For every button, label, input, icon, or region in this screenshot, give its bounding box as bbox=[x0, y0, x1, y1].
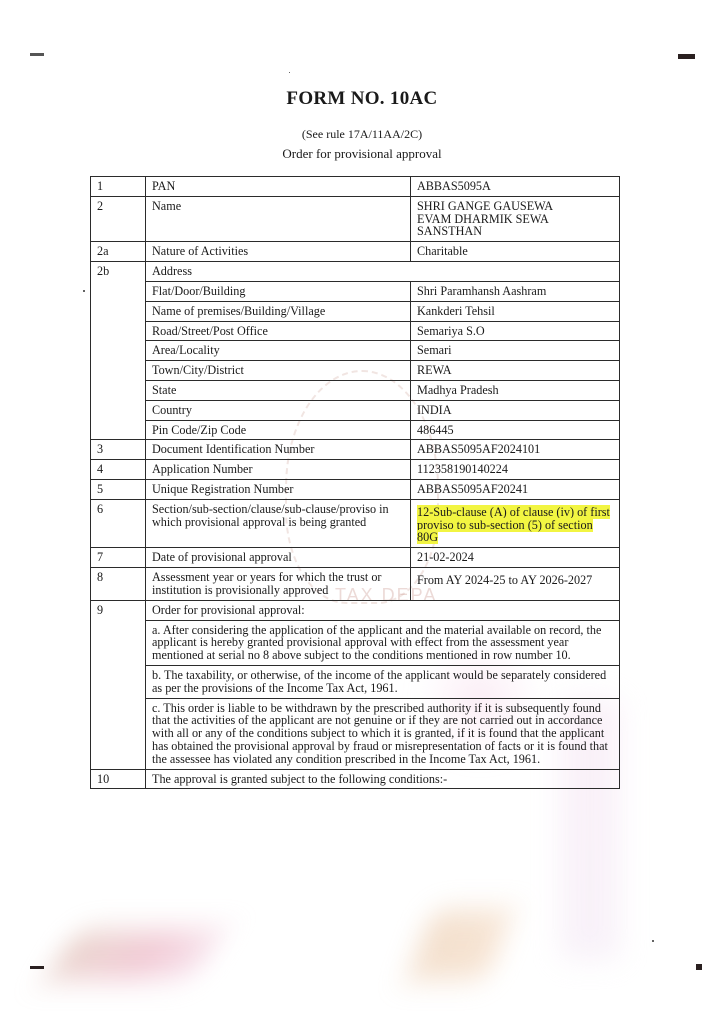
address-field: Name of premises/Building/Village Kankde… bbox=[91, 301, 620, 321]
urn-value: ABBAS5095AF20241 bbox=[411, 480, 620, 500]
row-number: 7 bbox=[91, 548, 146, 568]
address-field-value: Madhya Pradesh bbox=[411, 380, 620, 400]
address-field-label: Road/Street/Post Office bbox=[146, 321, 411, 341]
row-number: 1 bbox=[91, 177, 146, 197]
address-field-label: Name of premises/Building/Village bbox=[146, 301, 411, 321]
form-table: 1 PAN ABBAS5095A 2 Name SHRI GANGE GAUSE… bbox=[90, 176, 620, 789]
section-value: 12-Sub-clause (A) of clause (iv) of firs… bbox=[411, 499, 620, 547]
row-number: 6 bbox=[91, 499, 146, 547]
registration-mark-bottom-left bbox=[30, 966, 44, 969]
row-label: Unique Registration Number bbox=[146, 480, 411, 500]
row-label: The approval is granted subject to the f… bbox=[146, 769, 620, 789]
address-field: Flat/Door/Building Shri Paramhansh Aashr… bbox=[91, 281, 620, 301]
row-number: 8 bbox=[91, 568, 146, 601]
application-number-value: 112358190140224 bbox=[411, 460, 620, 480]
row-label: Address bbox=[146, 262, 620, 282]
row-conditions: 10 The approval is granted subject to th… bbox=[91, 769, 620, 789]
row-number: 2b bbox=[91, 262, 146, 440]
scan-stain bbox=[407, 910, 512, 980]
address-field: Town/City/District REWA bbox=[91, 361, 620, 381]
row-section: 6 Section/sub-section/clause/sub-clause/… bbox=[91, 499, 620, 547]
order-paragraph-b: b. The taxability, or otherwise, of the … bbox=[146, 665, 620, 698]
scan-speck bbox=[652, 940, 654, 942]
address-field-value: Semariya S.O bbox=[411, 321, 620, 341]
name-line: SANSTHAN bbox=[417, 225, 613, 238]
scan-speck bbox=[289, 72, 290, 73]
row-unique-registration-number: 5 Unique Registration Number ABBAS5095AF… bbox=[91, 480, 620, 500]
address-field-label: Town/City/District bbox=[146, 361, 411, 381]
address-field-label: State bbox=[146, 380, 411, 400]
scan-stain bbox=[46, 930, 225, 980]
row-pan: 1 PAN ABBAS5095A bbox=[91, 177, 620, 197]
row-order: 9 Order for provisional approval: bbox=[91, 600, 620, 620]
row-number: 10 bbox=[91, 769, 146, 789]
row-label: Document Identification Number bbox=[146, 440, 411, 460]
row-address: 2b Address bbox=[91, 262, 620, 282]
address-field: State Madhya Pradesh bbox=[91, 380, 620, 400]
row-label: Date of provisional approval bbox=[146, 548, 411, 568]
row-label: Assessment year or years for which the t… bbox=[146, 568, 411, 601]
form-rule-reference: (See rule 17A/11AA/2C) bbox=[0, 127, 724, 142]
row-number: 4 bbox=[91, 460, 146, 480]
row-application-number: 4 Application Number 112358190140224 bbox=[91, 460, 620, 480]
form-subtitle: Order for provisional approval bbox=[0, 146, 724, 162]
approval-date-value: 21-02-2024 bbox=[411, 548, 620, 568]
row-number: 5 bbox=[91, 480, 146, 500]
nature-value: Charitable bbox=[411, 242, 620, 262]
row-number: 3 bbox=[91, 440, 146, 460]
order-paragraph: a. After considering the application of … bbox=[91, 620, 620, 665]
row-label: PAN bbox=[146, 177, 411, 197]
name-value: SHRI GANGE GAUSEWA EVAM DHARMIK SEWA SAN… bbox=[411, 196, 620, 241]
registration-mark-top-left bbox=[30, 53, 44, 56]
assessment-years-value: From AY 2024-25 to AY 2026-2027 bbox=[411, 568, 620, 601]
address-field: Country INDIA bbox=[91, 400, 620, 420]
order-paragraph-a: a. After considering the application of … bbox=[146, 620, 620, 665]
row-label: Name bbox=[146, 196, 411, 241]
order-paragraph: c. This order is liable to be withdrawn … bbox=[91, 698, 620, 769]
address-field-value: 486445 bbox=[411, 420, 620, 440]
address-field-value: REWA bbox=[411, 361, 620, 381]
row-label: Application Number bbox=[146, 460, 411, 480]
row-number: 9 bbox=[91, 600, 146, 769]
order-paragraph-c: c. This order is liable to be withdrawn … bbox=[146, 698, 620, 769]
address-field: Pin Code/Zip Code 486445 bbox=[91, 420, 620, 440]
address-field: Area/Locality Semari bbox=[91, 341, 620, 361]
row-number: 2a bbox=[91, 242, 146, 262]
address-field-value: INDIA bbox=[411, 400, 620, 420]
pan-value: ABBAS5095A bbox=[411, 177, 620, 197]
highlighted-section-text: 12-Sub-clause (A) of clause (iv) of firs… bbox=[417, 505, 610, 545]
scan-speck bbox=[83, 290, 85, 292]
address-field-label: Pin Code/Zip Code bbox=[146, 420, 411, 440]
row-label: Section/sub-section/clause/sub-clause/pr… bbox=[146, 499, 411, 547]
row-label: Order for provisional approval: bbox=[146, 600, 620, 620]
address-field-value: Semari bbox=[411, 341, 620, 361]
address-field-label: Country bbox=[146, 400, 411, 420]
name-line: SHRI GANGE GAUSEWA bbox=[417, 200, 613, 213]
row-approval-date: 7 Date of provisional approval 21-02-202… bbox=[91, 548, 620, 568]
row-assessment-years: 8 Assessment year or years for which the… bbox=[91, 568, 620, 601]
address-field: Road/Street/Post Office Semariya S.O bbox=[91, 321, 620, 341]
address-field-value: Shri Paramhansh Aashram bbox=[411, 281, 620, 301]
row-label: Nature of Activities bbox=[146, 242, 411, 262]
address-field-value: Kankderi Tehsil bbox=[411, 301, 620, 321]
order-paragraph: b. The taxability, or otherwise, of the … bbox=[91, 665, 620, 698]
address-field-label: Area/Locality bbox=[146, 341, 411, 361]
row-nature-of-activities: 2a Nature of Activities Charitable bbox=[91, 242, 620, 262]
form-title: FORM NO. 10AC bbox=[0, 88, 724, 110]
address-field-label: Flat/Door/Building bbox=[146, 281, 411, 301]
registration-mark-top-right bbox=[678, 54, 695, 59]
row-number: 2 bbox=[91, 196, 146, 241]
row-name: 2 Name SHRI GANGE GAUSEWA EVAM DHARMIK S… bbox=[91, 196, 620, 241]
document-id-value: ABBAS5095AF2024101 bbox=[411, 440, 620, 460]
registration-mark-bottom-right bbox=[696, 964, 702, 970]
row-document-id: 3 Document Identification Number ABBAS50… bbox=[91, 440, 620, 460]
